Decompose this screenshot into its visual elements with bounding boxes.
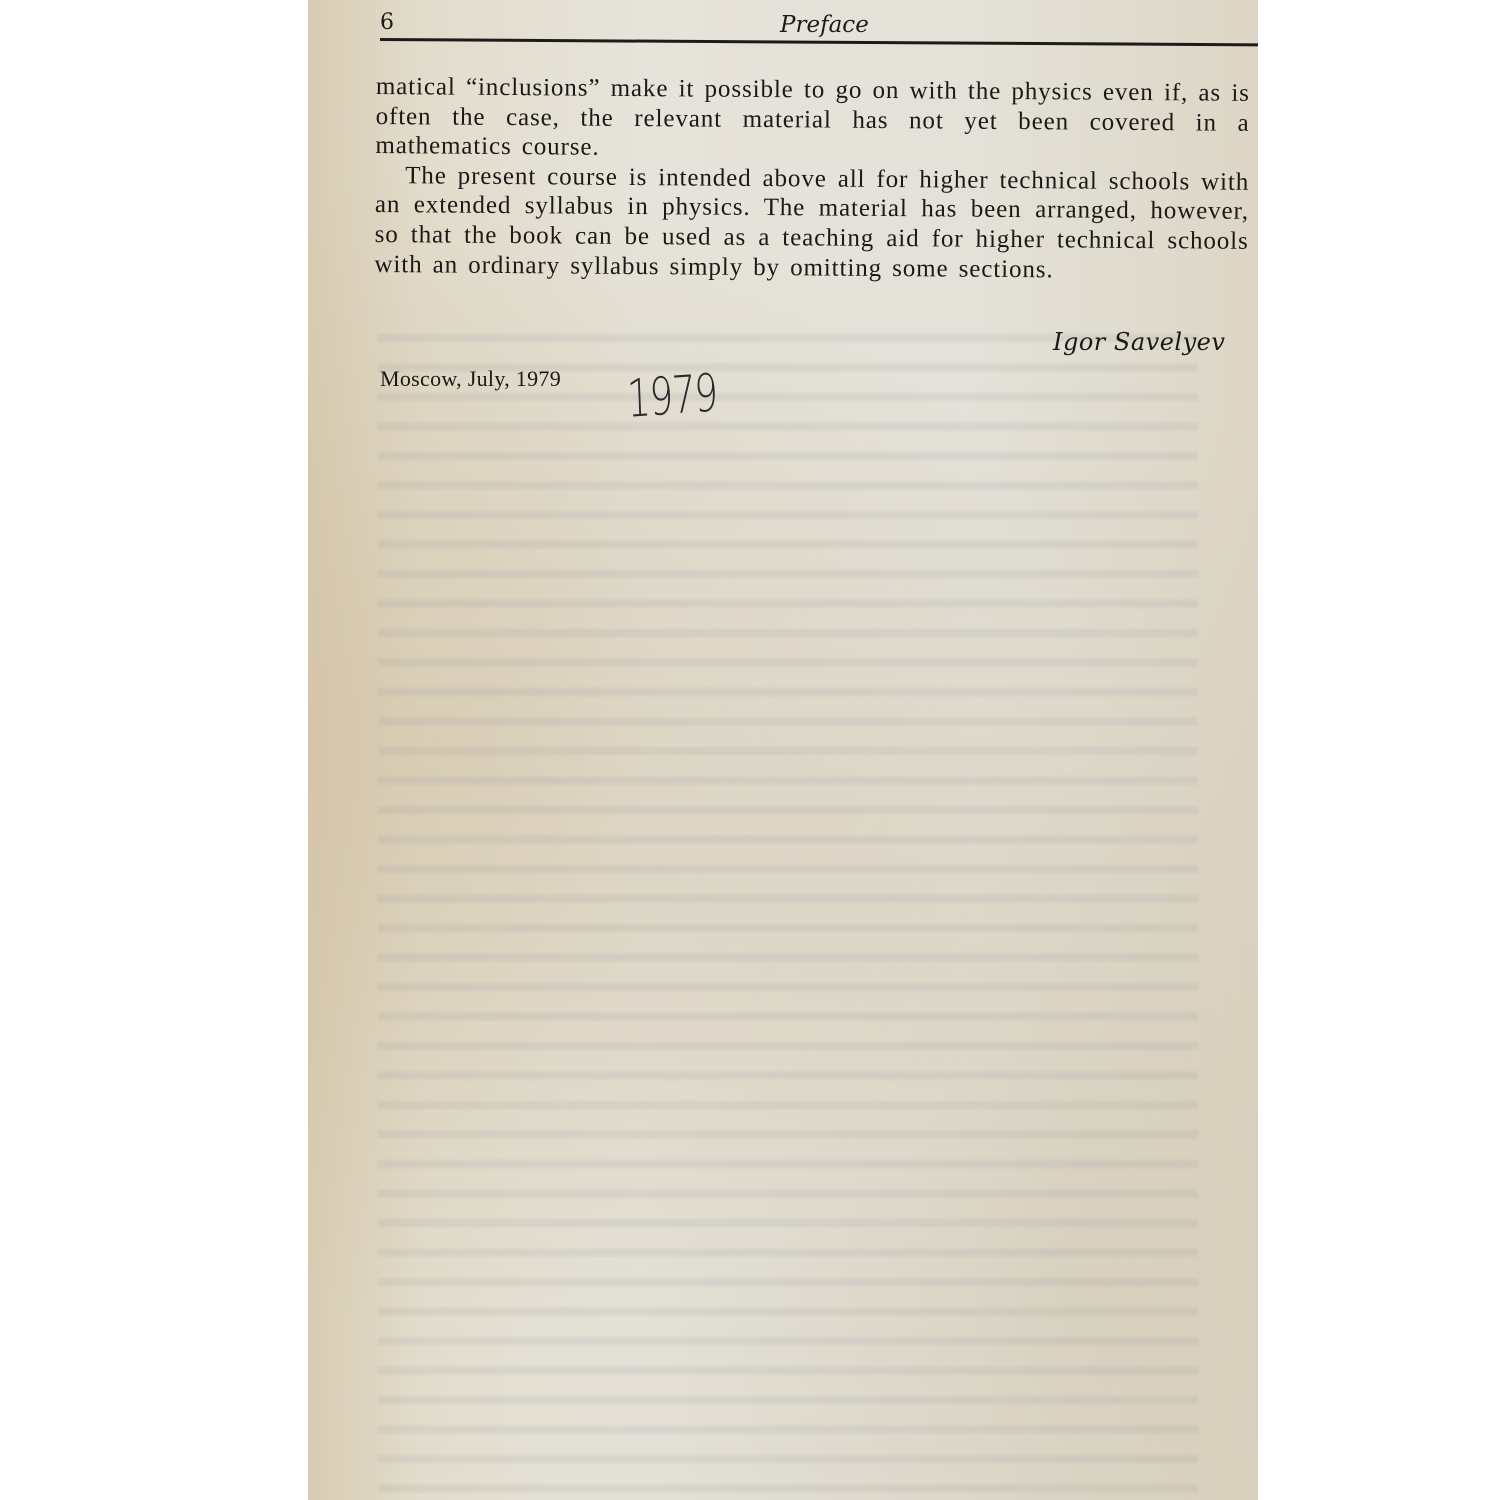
place-date: Moscow, July, 1979 xyxy=(380,366,561,392)
page-number: 6 xyxy=(380,10,394,35)
paragraph: matical “inclusions” make it possible to… xyxy=(375,72,1250,168)
section-title: Preface xyxy=(780,12,869,38)
handwritten-note: 1979 xyxy=(626,363,718,429)
bleed-through-texture xyxy=(378,320,1198,1500)
paragraph: The present course is intended above all… xyxy=(374,161,1249,286)
running-head: 6 Preface xyxy=(380,8,1250,42)
author-signature: Igor Savelyev xyxy=(1053,328,1225,356)
book-page: 6 Preface matical “inclusions” make it p… xyxy=(308,0,1258,1500)
body-text: matical “inclusions” make it possible to… xyxy=(374,72,1250,286)
